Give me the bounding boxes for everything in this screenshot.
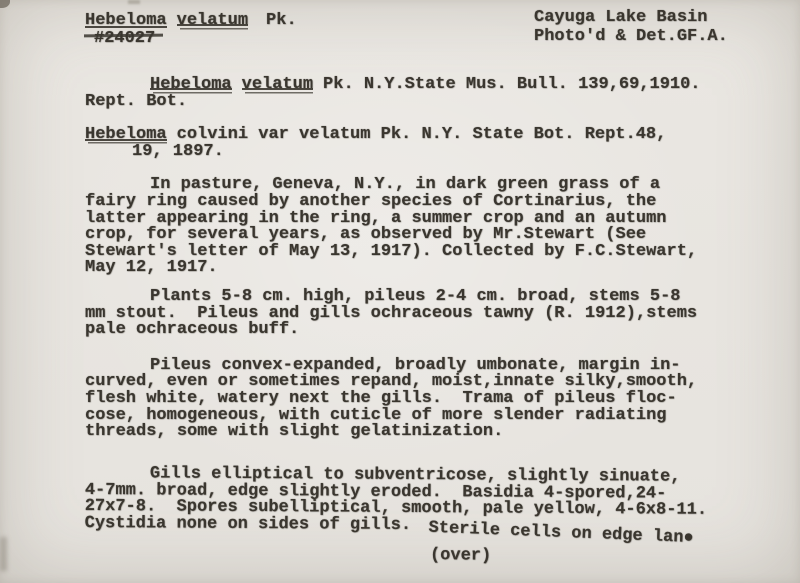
text-line: flesh white, watery next the gills. Tram… xyxy=(85,391,765,408)
text-line-composite: Cystidia none on sides of gills.Sterile … xyxy=(85,515,765,536)
text-line: threads, some with slight gelatinization… xyxy=(85,424,765,441)
scan-edge-artifact xyxy=(128,0,140,4)
document-title: HebelomavelatumPk. xyxy=(85,12,297,30)
paragraph-plants: Plants 5-8 cm. high, pileus 2-4 cm. broa… xyxy=(85,289,765,339)
reference-line: Rept. Bot. xyxy=(85,94,765,111)
text-line-slanted: Sterile cells on edge lan● xyxy=(429,520,695,547)
title-author: Pk. xyxy=(266,11,297,30)
scanned-document-page: HebelomavelatumPk. #24027 Cayuga Lake Ba… xyxy=(0,0,800,583)
title-species: velatum xyxy=(177,11,248,30)
document-body: HebelomavelatumPk. N.Y.State Mus. Bull. … xyxy=(85,77,765,565)
ref-citation: Pk. N.Y.State Mus. Bull. 139,69,1910. xyxy=(323,75,700,94)
ref-species: velatum xyxy=(242,75,313,94)
reference-line: HebelomavelatumPk. N.Y.State Mus. Bull. … xyxy=(85,77,765,94)
header-credit: Photo'd & Det.GF.A. xyxy=(534,27,728,46)
reference-entry-1: HebelomavelatumPk. N.Y.State Mus. Bull. … xyxy=(85,77,765,110)
reference-entry-2: Hebelomacolvini var velatum Pk. N.Y. Sta… xyxy=(85,127,765,160)
over-note: (over) xyxy=(85,545,765,569)
reference-line: 19, 1897. xyxy=(85,144,765,161)
title-block: HebelomavelatumPk. #24027 xyxy=(85,12,297,48)
ref-citation: colvini var velatum Pk. N.Y. State Bot. … xyxy=(177,125,667,144)
text-line: May 12, 1917. xyxy=(85,260,765,277)
specimen-number: #24027 xyxy=(94,30,155,48)
text-line: pale ochraceous buff. xyxy=(85,322,765,339)
specimen-number-line: #24027 xyxy=(85,30,297,48)
paragraph-habitat: In pasture, Geneva, N.Y., in dark green … xyxy=(85,177,765,277)
title-genus: Hebeloma xyxy=(85,11,167,30)
paragraph-pileus: Pileus convex-expanded, broadly umbonate… xyxy=(85,358,765,441)
header-region: Cayuga Lake Basin xyxy=(534,8,728,27)
header-annotation-block: Cayuga Lake Basin Photo'd & Det.GF.A. xyxy=(534,8,728,46)
paragraph-gills: Gills elliptical to subventricose, sligh… xyxy=(85,466,765,537)
scan-corner-artifact xyxy=(0,0,10,8)
scan-edge-artifact xyxy=(0,537,7,571)
text-line-start: Cystidia none on sides of gills. xyxy=(85,513,412,534)
